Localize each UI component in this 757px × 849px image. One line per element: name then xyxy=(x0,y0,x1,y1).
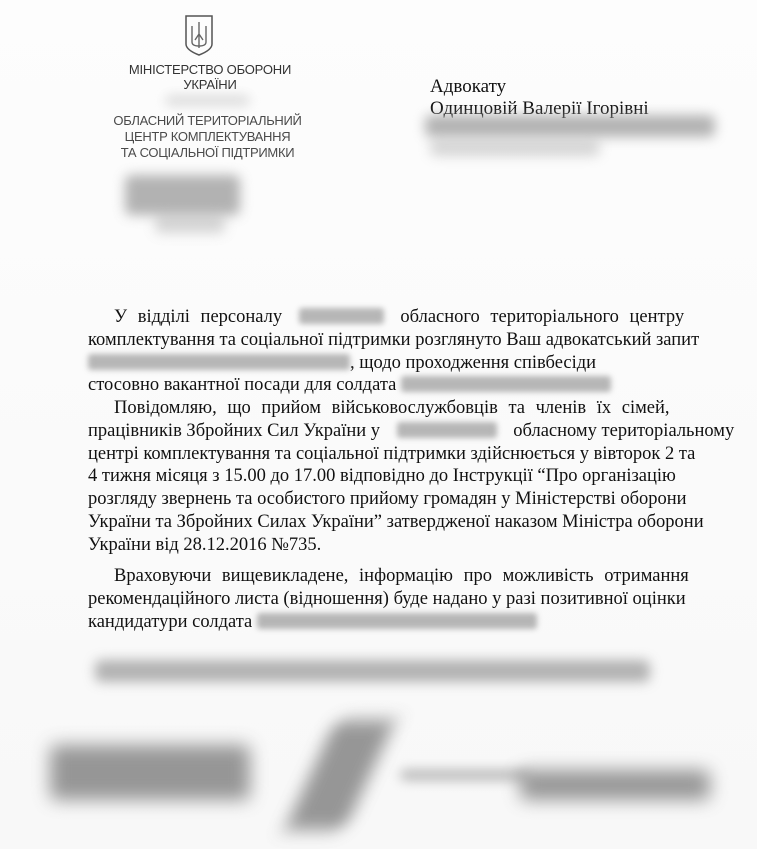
text: комплектування та соціальної підтримки р… xyxy=(88,329,713,352)
center-name: ОБЛАСНИЙ ТЕРИТОРІАЛЬНИЙ ЦЕНТР КОМПЛЕКТУВ… xyxy=(95,113,320,161)
text: Враховуючи вищевикладене, інформацію про… xyxy=(88,565,713,588)
paragraph-2: Повідомляю, що прийом військовослужбовці… xyxy=(88,397,713,557)
redacted-outgoing-number xyxy=(125,175,240,215)
ministry-line: УКРАЇНИ xyxy=(100,77,320,92)
redacted-region xyxy=(165,96,250,105)
addressee: Адвокату Одинцовій Валерії Ігорівні xyxy=(430,76,649,120)
redacted-address xyxy=(425,115,715,137)
trident-emblem-icon xyxy=(183,14,215,56)
ministry-title: МІНІСТЕРСТВО ОБОРОНИ УКРАЇНИ xyxy=(100,62,320,92)
text: центрі комплектування та соціальної підт… xyxy=(88,443,713,466)
redacted-signer-position xyxy=(50,745,250,800)
center-line: ТА СОЦІАЛЬНОЇ ПІДТРИМКИ xyxy=(95,145,320,161)
redacted-region-name xyxy=(299,308,384,324)
redacted-soldier-name xyxy=(257,613,537,629)
text: рекомендаційного листа (відношення) буде… xyxy=(88,588,713,611)
redacted-signer-name xyxy=(520,770,710,800)
text: розгляду звернень та особистого прийому … xyxy=(88,488,713,511)
redacted-request-number xyxy=(88,354,350,370)
redacted-date xyxy=(155,215,225,233)
redacted-signature-line xyxy=(400,770,530,780)
paragraph-1: У відділі персоналу обласного територіал… xyxy=(88,306,713,397)
text: стосовно вакантної посади для солдата xyxy=(88,375,396,395)
center-line: ОБЛАСНИЙ ТЕРИТОРІАЛЬНИЙ xyxy=(95,113,320,129)
redacted-closing-line xyxy=(95,660,650,682)
redacted-soldier-name xyxy=(401,376,611,392)
text: обласному територіальному xyxy=(513,421,734,441)
text: Повідомляю, що прийом військовослужбовці… xyxy=(88,397,713,420)
text: , щодо проходження співбесіди xyxy=(350,353,596,373)
text: України від 28.12.2016 №735. xyxy=(88,534,713,557)
ministry-line: МІНІСТЕРСТВО ОБОРОНИ xyxy=(100,62,320,77)
text: обласного територіального центру xyxy=(400,307,684,327)
center-line: ЦЕНТР КОМПЛЕКТУВАННЯ xyxy=(95,129,320,145)
redacted-address xyxy=(430,140,600,156)
redacted-signature xyxy=(284,720,395,830)
text: кандидатури солдата xyxy=(88,612,252,632)
text: У відділі персоналу xyxy=(114,307,282,327)
text: працівників Збройних Сил України у xyxy=(88,421,380,441)
letter-page: МІНІСТЕРСТВО ОБОРОНИ УКРАЇНИ ОБЛАСНИЙ ТЕ… xyxy=(0,0,757,849)
addressee-title: Адвокату xyxy=(430,76,649,98)
paragraph-3: Враховуючи вищевикладене, інформацію про… xyxy=(88,565,713,633)
redacted-region-name xyxy=(397,422,497,438)
text: 4 тижня місяця з 15.00 до 17.00 відповід… xyxy=(88,465,713,488)
text: України та Збройних Силах України” затве… xyxy=(88,511,713,534)
